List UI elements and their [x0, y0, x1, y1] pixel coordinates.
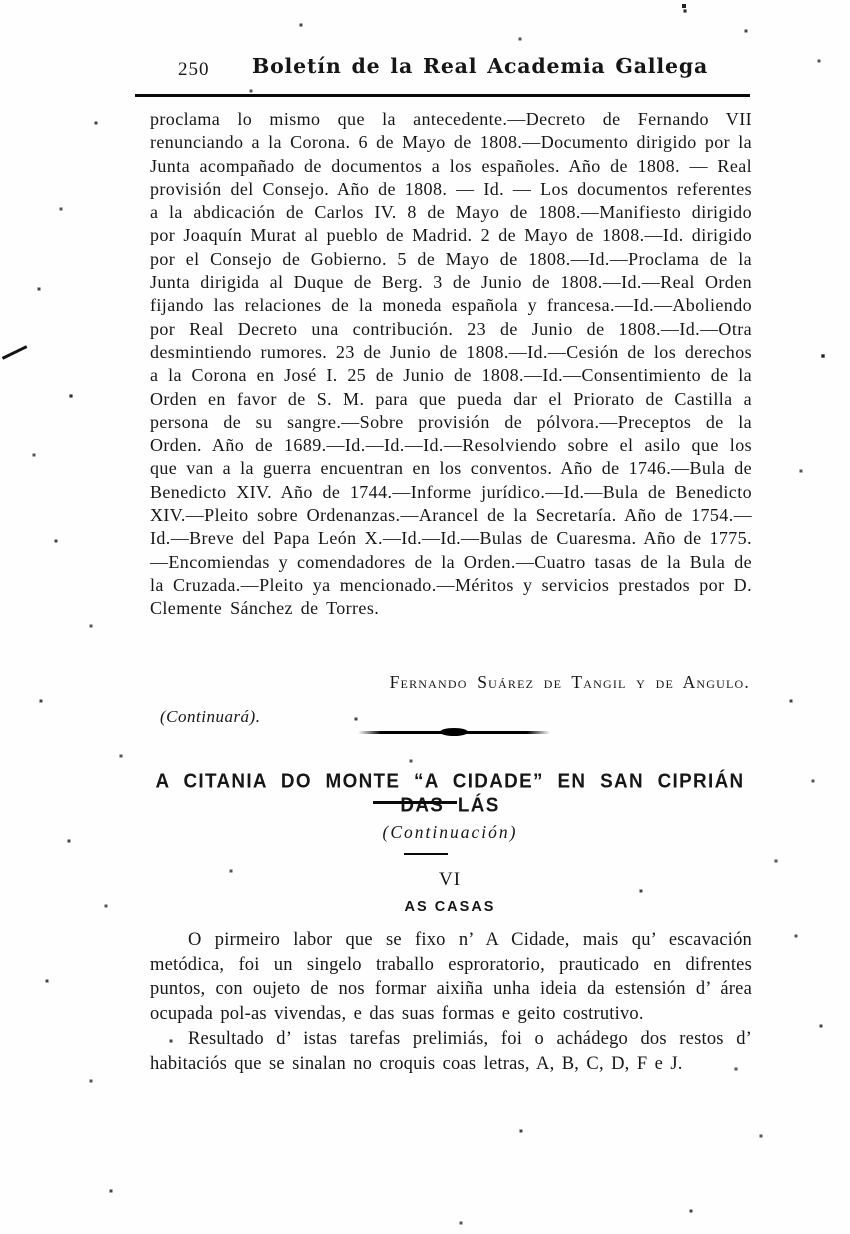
page-header: 250 Boletín de la Real Academia Gallega	[150, 52, 750, 88]
section-divider	[358, 727, 550, 737]
author-signature: Fernando Suárez de Tangil y de Angulo.	[150, 672, 750, 693]
article-subtitle: (Continuación)	[150, 822, 750, 843]
continuation-note: (Continuará).	[160, 707, 260, 727]
article-paragraph: O pirmeiro labor que se fixo n’ A Cidade…	[150, 928, 752, 1026]
chapter-number: VI	[150, 869, 750, 891]
page-number: 250	[178, 59, 210, 81]
header-rule	[135, 94, 750, 97]
article-title-rule	[373, 801, 457, 804]
article-paragraph: Resultado d’ istas tarefas prelimiás, fo…	[150, 1027, 752, 1076]
article-title: A CITANIA DO MONTE “A CIDADE” EN SAN CIP…	[134, 769, 766, 817]
scan-noise-speckles	[0, 0, 2, 2]
subtitle-rule	[404, 853, 448, 855]
margin-ink-mark	[2, 345, 27, 359]
journal-title: Boletín de la Real Academia Gallega	[240, 54, 720, 78]
chapter-heading: AS CASAS	[150, 899, 750, 915]
article-body: O pirmeiro labor que se fixo n’ A Cidade…	[150, 928, 752, 1077]
scanned-book-page: 250 Boletín de la Real Academia Gallega …	[0, 0, 850, 1234]
index-continuation-paragraph: proclama lo mismo que la antecedente.—De…	[150, 108, 752, 621]
divider-lens-ornament	[440, 728, 468, 736]
